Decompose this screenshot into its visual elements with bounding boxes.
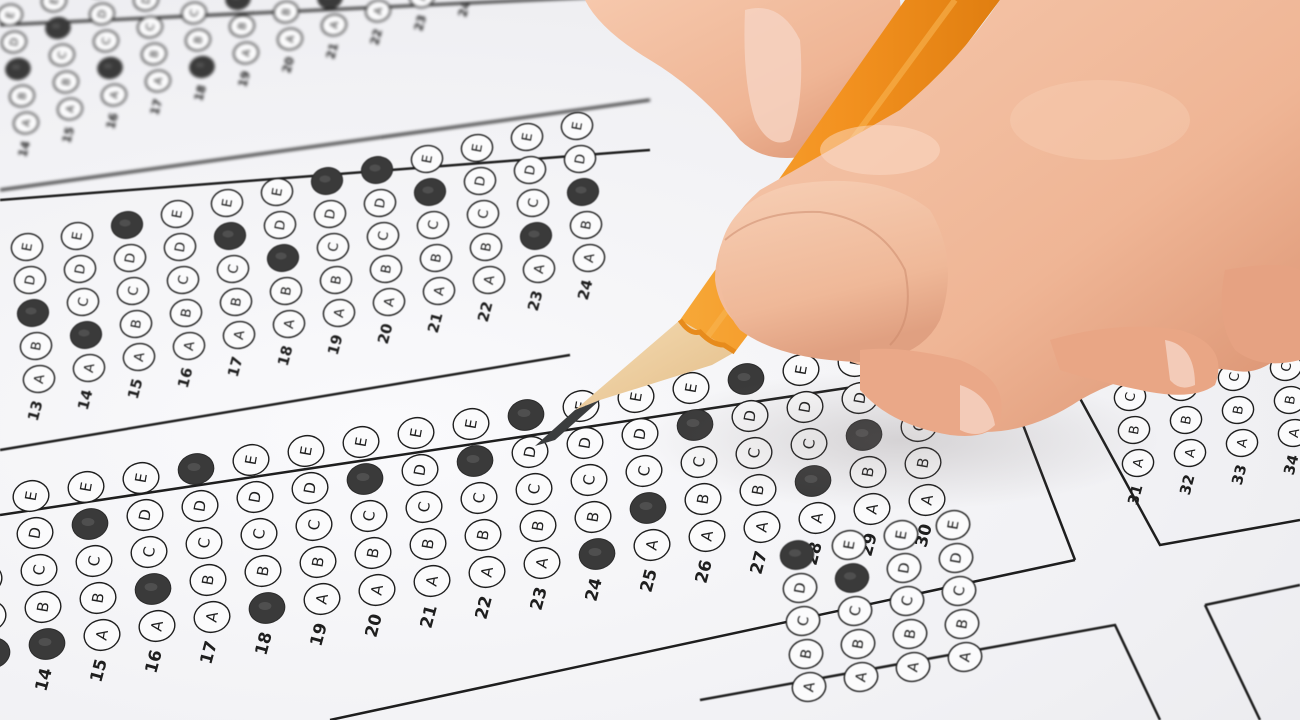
hand-with-pencil: [0, 0, 1300, 720]
thumb: [719, 181, 948, 362]
photo-scene: 14ABDE15ABCE16ACDE17ABCD18BCD19AB20ABC21…: [0, 0, 1300, 720]
pencil-graphite-icon: [535, 400, 600, 446]
